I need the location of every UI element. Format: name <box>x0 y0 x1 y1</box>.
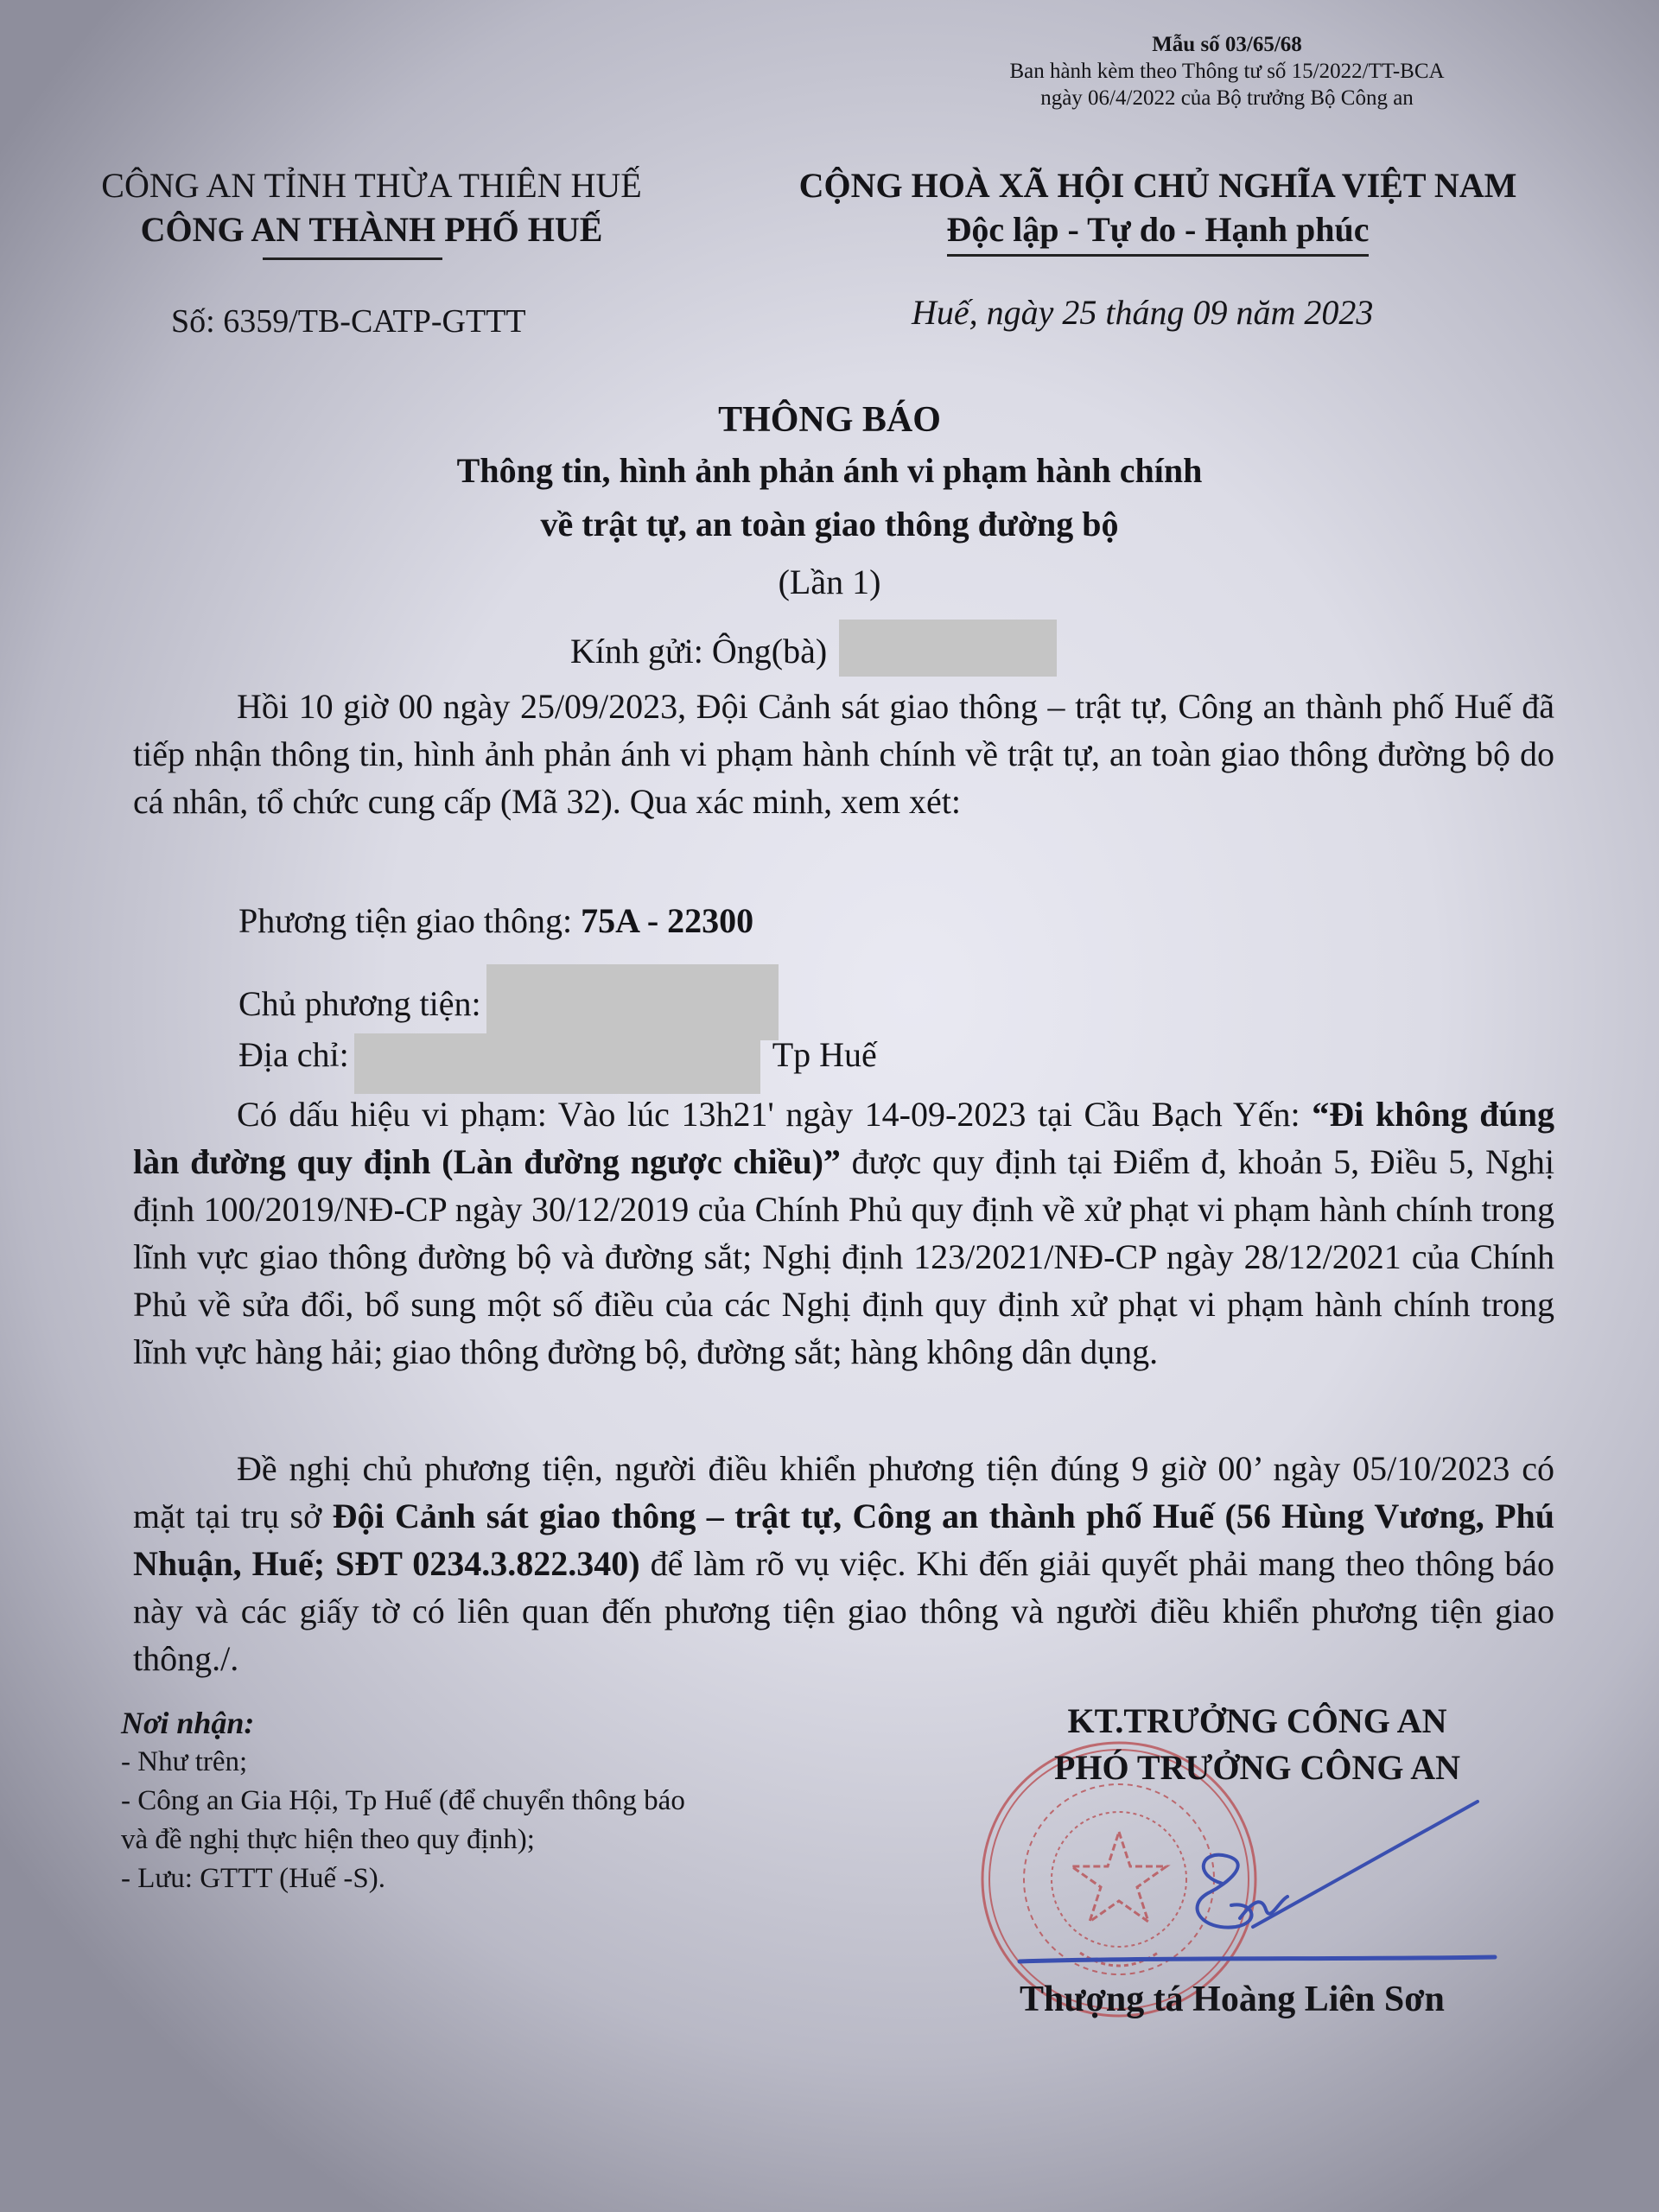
address-label: Địa chỉ: <box>238 1035 349 1074</box>
document-number: Số: 6359/TB-CATP-GTTT <box>171 302 526 340</box>
national-header: CỘNG HOÀ XÃ HỘI CHỦ NGHĨA VIỆT NAM Độc l… <box>752 164 1564 257</box>
document-title: THÔNG BÁO <box>259 396 1400 444</box>
redacted-address <box>354 1033 760 1094</box>
handwritten-signature-icon <box>994 1754 1529 1979</box>
recipients-label: Nơi nhận: <box>121 1704 685 1743</box>
form-reference-note: Mẫu số 03/65/68 Ban hành kèm theo Thông … <box>950 31 1503 111</box>
violation-time-place: Có dấu hiệu vi phạm: Vào lúc 13h21' ngày… <box>237 1095 1312 1134</box>
national-motto: Độc lập - Tự do - Hạnh phúc <box>947 207 1370 257</box>
organization-divider <box>263 257 442 260</box>
paragraph-receipt-info: Hồi 10 giờ 00 ngày 25/09/2023, Đội Cảnh … <box>133 683 1554 825</box>
vehicle-plate: 75A - 22300 <box>581 901 753 940</box>
paragraph-violation: Có dấu hiệu vi phạm: Vào lúc 13h21' ngày… <box>133 1090 1554 1376</box>
place-and-date: Huế, ngày 25 tháng 09 năm 2023 <box>912 292 1373 333</box>
issuing-organization: CÔNG AN TỈNH THỪA THIÊN HUẾ CÔNG AN THÀN… <box>60 164 683 260</box>
document-title-block: THÔNG BÁO Thông tin, hình ảnh phản ánh v… <box>259 396 1400 610</box>
address-field: Địa chỉ:Tp Huế <box>238 1028 877 1089</box>
form-code: Mẫu số 03/65/68 <box>950 31 1503 58</box>
document-subtitle-line-2: về trật tự, an toàn giao thông đường bộ <box>259 498 1400 551</box>
addressee-label: Kính gửi: Ông(bà) <box>570 632 827 671</box>
address-city: Tp Huế <box>772 1035 877 1074</box>
nation-name: CỘNG HOÀ XÃ HỘI CHỦ NGHĨA VIỆT NAM <box>752 164 1564 207</box>
vehicle-label: Phương tiện giao thông: <box>238 901 581 940</box>
signatory-title-1: KT.TRƯỞNG CÔNG AN <box>976 1698 1538 1745</box>
notice-round: (Lần 1) <box>259 555 1400 610</box>
vehicle-field: Phương tiện giao thông: 75A - 22300 <box>238 900 753 941</box>
recipient-item: - Như trên; <box>121 1743 685 1782</box>
recipients-list: Nơi nhận: - Như trên; - Công an Gia Hội,… <box>121 1704 685 1898</box>
signer-name: Thượng tá Hoàng Liên Sơn <box>1020 1979 1445 2020</box>
recipient-item: - Lưu: GTTT (Huế -S). <box>121 1859 685 1898</box>
document-subtitle-line-1: Thông tin, hình ảnh phản ánh vi phạm hàn… <box>259 444 1400 498</box>
form-issued-by: Ban hành kèm theo Thông tư số 15/2022/TT… <box>950 58 1503 85</box>
redacted-addressee-name <box>839 620 1057 677</box>
paragraph-summons: Đề nghị chủ phương tiện, người điều khiể… <box>133 1445 1554 1682</box>
recipient-item: và đề nghị thực hiện theo quy định); <box>121 1821 685 1859</box>
recipient-item: - Công an Gia Hội, Tp Huế (để chuyển thô… <box>121 1782 685 1821</box>
organization-name: CÔNG AN THÀNH PHỐ HUẾ <box>60 207 683 252</box>
form-issued-date: ngày 06/4/2022 của Bộ trưởng Bộ Công an <box>950 85 1503 111</box>
addressee-line: Kính gửi: Ông(bà) <box>570 626 1057 683</box>
owner-label: Chủ phương tiện: <box>238 984 481 1023</box>
parent-organization: CÔNG AN TỈNH THỪA THIÊN HUẾ <box>60 164 683 207</box>
